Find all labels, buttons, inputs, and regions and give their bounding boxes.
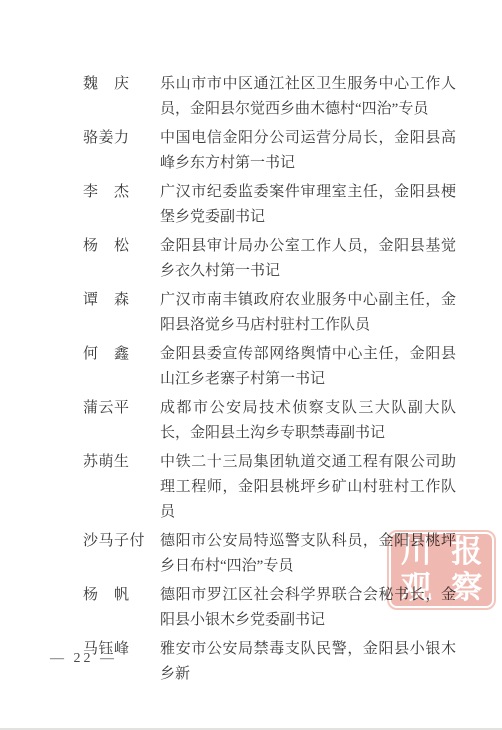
person-name: 谭 森 <box>83 288 145 338</box>
roster-entry: 魏 庆 乐山市市中区通江社区卫生服务中心工作人员，金阳县尔觉西乡曲木德村“四治”… <box>83 72 458 122</box>
roster-entry: 李 杰 广汉市纪委监委案件审理室主任，金阳县梗堡乡党委副书记 <box>83 180 458 230</box>
roster-entry: 谭 森 广汉市南丰镇政府农业服务中心副主任，金阳县洛觉乡马店村驻村工作队员 <box>83 288 458 338</box>
person-name: 魏 庆 <box>83 72 145 122</box>
person-name: 李 杰 <box>83 180 145 230</box>
roster-entry: 蒲云平 成都市公安局技术侦察支队三大队副大队长，金阳县土沟乡专职禁毒副书记 <box>83 396 458 446</box>
watermark-char: 观 <box>391 570 442 606</box>
person-description: 中铁二十三局集团轨道交通工程有限公司助理工程师，金阳县桃坪乡矿山村驻村工作队员 <box>160 450 456 525</box>
roster-entry: 骆姜力 中国电信金阳分公司运营分局长，金阳县高峰乡东方村第一书记 <box>83 126 458 176</box>
roster-entry: 杨 松 金阳县审计局办公室工作人员，金阳县基觉乡衣久村第一书记 <box>83 234 458 284</box>
person-name: 蒲云平 <box>83 396 145 446</box>
watermark-seal: 川 报 观 察 <box>387 530 496 610</box>
person-description: 金阳县委宣传部网络舆情中心主任，金阳县山江乡老寨子村第一书记 <box>160 342 456 392</box>
person-name: 杨 松 <box>83 234 145 284</box>
person-description: 广汉市南丰镇政府农业服务中心副主任，金阳县洛觉乡马店村驻村工作队员 <box>160 288 456 338</box>
watermark-char: 报 <box>442 534 493 570</box>
roster-entry: 何 鑫 金阳县委宣传部网络舆情中心主任，金阳县山江乡老寨子村第一书记 <box>83 342 458 392</box>
person-name: 杨 帆 <box>83 583 145 633</box>
person-description: 广汉市纪委监委案件审理室主任，金阳县梗堡乡党委副书记 <box>160 180 456 230</box>
person-name: 沙马子付 <box>83 529 145 579</box>
person-name: 骆姜力 <box>83 126 145 176</box>
person-name: 苏萌生 <box>83 450 145 525</box>
watermark-seal-inner: 川 报 观 察 <box>391 534 492 606</box>
roster-entry: 马钰峰 雅安市公安局禁毒支队民警，金阳县小银木乡新 <box>83 637 458 687</box>
person-description: 乐山市市中区通江社区卫生服务中心工作人员，金阳县尔觉西乡曲木德村“四治”专员 <box>160 72 456 122</box>
watermark-char: 察 <box>442 570 493 606</box>
person-description: 雅安市公安局禁毒支队民警，金阳县小银木乡新 <box>160 637 456 687</box>
roster-entry: 苏萌生 中铁二十三局集团轨道交通工程有限公司助理工程师，金阳县桃坪乡矿山村驻村工… <box>83 450 458 525</box>
person-description: 金阳县审计局办公室工作人员，金阳县基觉乡衣久村第一书记 <box>160 234 456 284</box>
person-description: 成都市公安局技术侦察支队三大队副大队长，金阳县土沟乡专职禁毒副书记 <box>160 396 456 446</box>
person-name: 何 鑫 <box>83 342 145 392</box>
document-page: 魏 庆 乐山市市中区通江社区卫生服务中心工作人员，金阳县尔觉西乡曲木德村“四治”… <box>0 0 502 730</box>
watermark-char: 川 <box>391 534 442 570</box>
person-description: 中国电信金阳分公司运营分局长，金阳县高峰乡东方村第一书记 <box>160 126 456 176</box>
page-number: — 22 — <box>50 651 117 667</box>
